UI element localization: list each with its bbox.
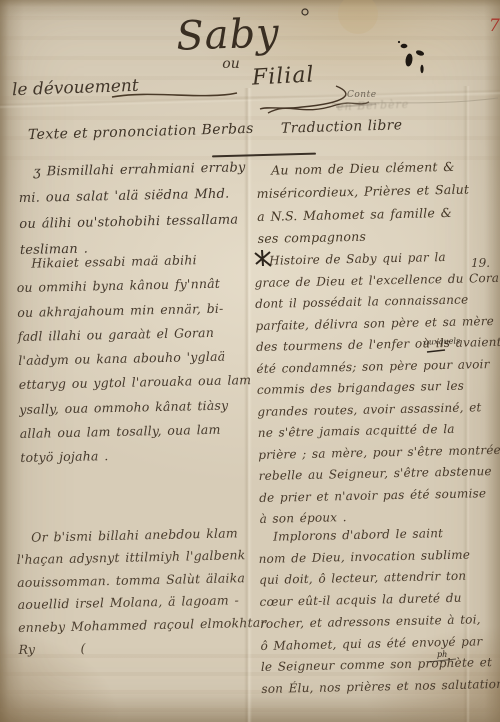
paper-stain	[338, 0, 378, 34]
manuscript-line: ou akhrajahoum min ennär, bi-	[17, 296, 253, 325]
ink-blot	[420, 65, 423, 73]
manuscript-page: Saby ou le dévouement Filial Conte en Be…	[0, 0, 500, 722]
ink-blot	[405, 53, 414, 67]
column-header-left: Texte et prononciation Berbas	[28, 121, 254, 143]
interlinear-insertion: auxquels	[424, 336, 460, 346]
manuscript-line: ou álihi ou'stohobihi tessallama	[19, 207, 249, 238]
right-column-paragraph-3: Implorons d'abord le saintnom de Dieu, i…	[258, 522, 500, 701]
manuscript-line: totyö jojaha .	[20, 441, 256, 470]
subtitle-connector: ou	[206, 56, 256, 72]
interlinear-correction: ph	[437, 650, 447, 659]
subtitle-devouement: le dévouement	[12, 76, 139, 100]
right-column-paragraph-2: Histoire de Saby qui par lagrace de Dieu…	[254, 246, 500, 531]
left-column-paragraph-2: Hikaiet essabi maä abihiou ommihi byna k…	[16, 247, 257, 471]
pencil-scrawl-faint: en Berbère	[337, 98, 410, 114]
ink-blot	[401, 44, 408, 48]
page-title: Saby	[147, 9, 309, 61]
column-header-right: Traduction libre	[281, 117, 403, 136]
manuscript-line: Ry (	[18, 634, 258, 661]
manuscript-line: son Élu, nos prières et nos salutations …	[261, 674, 500, 701]
corner-folio-number: 7	[489, 16, 500, 36]
subtitle-filial: Filial	[251, 62, 315, 90]
right-column-paragraph-1: Au nom de Dieu clément &miséricordieux, …	[256, 155, 498, 251]
ink-blot	[415, 49, 425, 56]
left-column-paragraph-3: Or b'ismi billahi anebdou klaml'haçan ad…	[16, 522, 259, 661]
ink-blot	[398, 41, 400, 43]
